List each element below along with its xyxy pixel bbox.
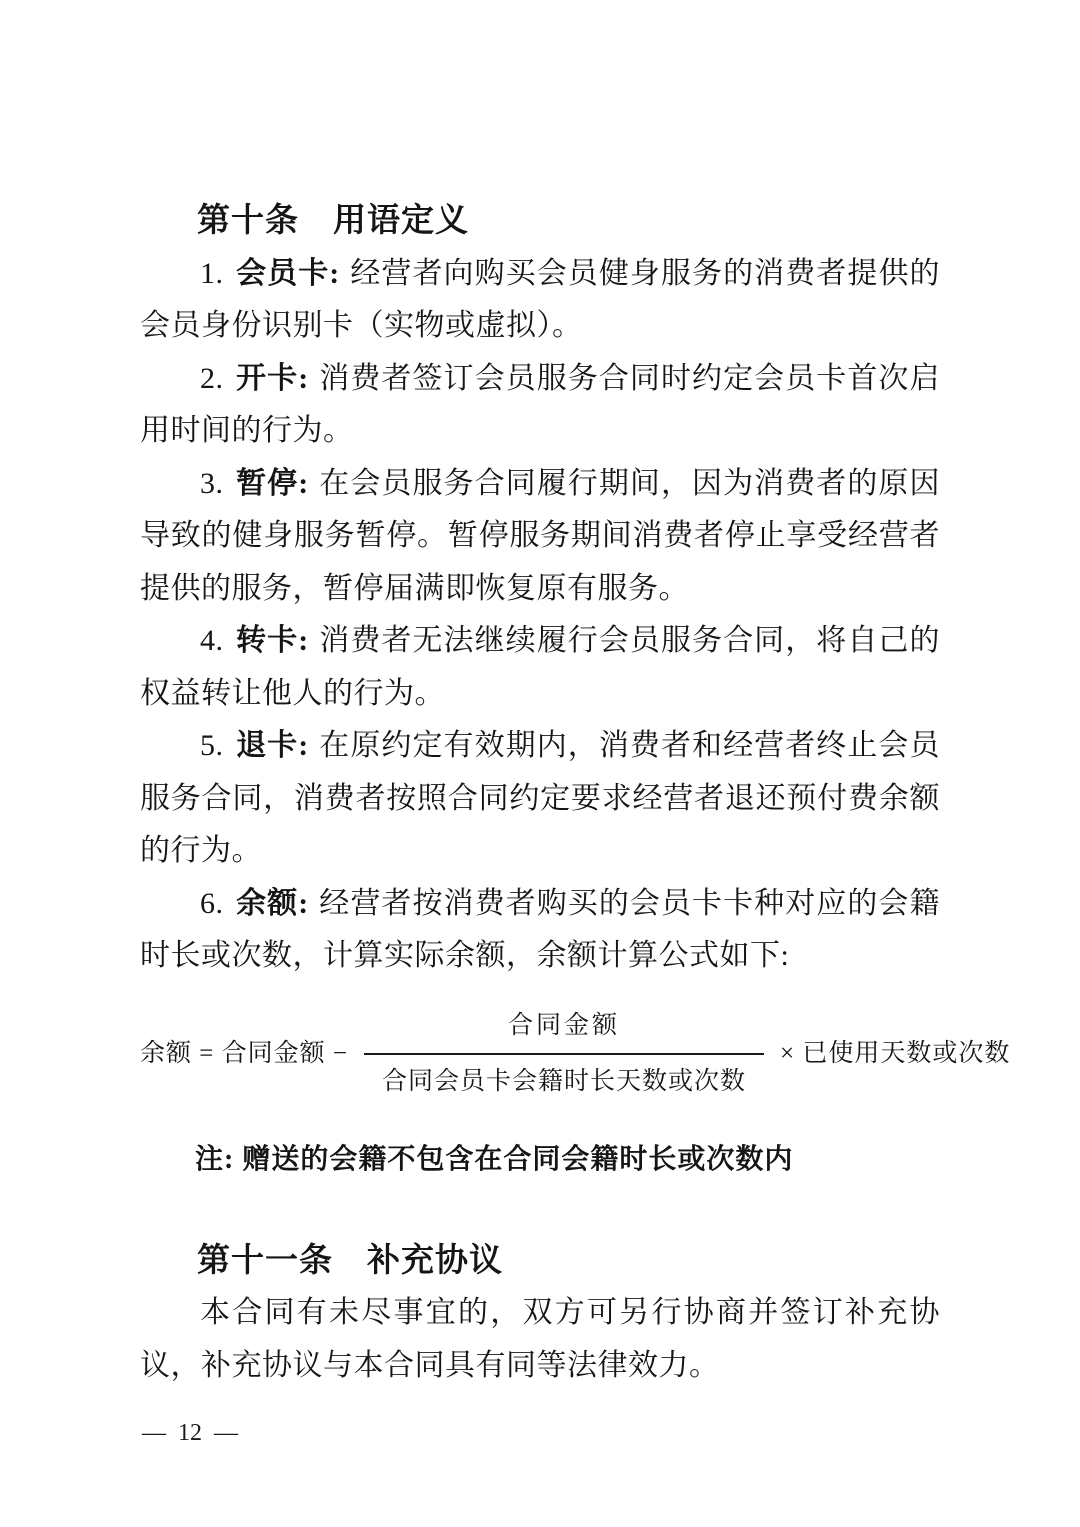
page-number-dash-left: —: [142, 1417, 166, 1449]
definition-number: 3.: [200, 467, 224, 500]
page-content: 第十条 用语定义 1.会员卡:经营者向购买会员健身服务的消费者提供的会员身份识别…: [140, 195, 940, 1392]
definition-item-card-refund: 5.退卡:在原约定有效期内，消费者和经营者终止会员服务合同，消费者按照合同约定要…: [140, 720, 940, 878]
definition-term: 暂停:: [236, 467, 309, 500]
article-10-heading: 第十条 用语定义: [140, 195, 940, 248]
page-number-dash-right: —: [214, 1417, 238, 1449]
formula-right-expression: × 已使用天数或次数: [780, 1035, 1010, 1074]
page-number: — 12 —: [142, 1417, 238, 1449]
definition-number: 4.: [200, 624, 224, 657]
definition-number: 2.: [200, 362, 224, 395]
definition-term: 开卡:: [236, 362, 309, 395]
formula-fraction: 合同金额 合同会员卡会籍时长天数或次数: [364, 1007, 764, 1103]
formula-note: 注: 赠送的会籍不包含在合同会籍时长或次数内: [140, 1134, 940, 1187]
definition-item-card-activation: 2.开卡:消费者签订会员服务合同时约定会员卡首次启用时间的行为。: [140, 353, 940, 458]
definition-item-balance: 6.余额:经营者按消费者购买的会员卡卡种对应的会籍时长或次数，计算实际余额，余额…: [140, 878, 940, 983]
definition-number: 6.: [200, 887, 224, 920]
definition-number: 5.: [200, 729, 224, 762]
formula-numerator: 合同金额: [364, 1007, 764, 1056]
formula-left-expression: 余额 = 合同金额 −: [140, 1035, 348, 1074]
definition-term: 会员卡:: [236, 257, 340, 290]
definition-item-membership-card: 1.会员卡:经营者向购买会员健身服务的消费者提供的会员身份识别卡（实物或虚拟）。: [140, 248, 940, 353]
definition-term: 转卡:: [236, 624, 309, 657]
document-page: 第十条 用语定义 1.会员卡:经营者向购买会员健身服务的消费者提供的会员身份识别…: [0, 0, 1080, 1527]
formula-denominator: 合同会员卡会籍时长天数或次数: [364, 1055, 764, 1102]
definition-item-card-transfer: 4.转卡:消费者无法继续履行会员服务合同，将自己的权益转让他人的行为。: [140, 615, 940, 720]
article-11-body: 本合同有未尽事宜的，双方可另行协商并签订补充协议，补充协议与本合同具有同等法律效…: [140, 1287, 940, 1392]
page-number-value: 12: [178, 1417, 202, 1449]
definition-item-suspension: 3.暂停:在会员服务合同履行期间，因为消费者的原因导致的健身服务暂停。暂停服务期…: [140, 458, 940, 616]
definition-term: 余额:: [236, 887, 309, 920]
article-11-heading: 第十一条 补充协议: [140, 1235, 940, 1288]
definition-number: 1.: [200, 257, 224, 290]
balance-formula: 余额 = 合同金额 − 合同金额 合同会员卡会籍时长天数或次数 × 已使用天数或…: [140, 1007, 940, 1103]
definition-term: 退卡:: [236, 729, 309, 762]
